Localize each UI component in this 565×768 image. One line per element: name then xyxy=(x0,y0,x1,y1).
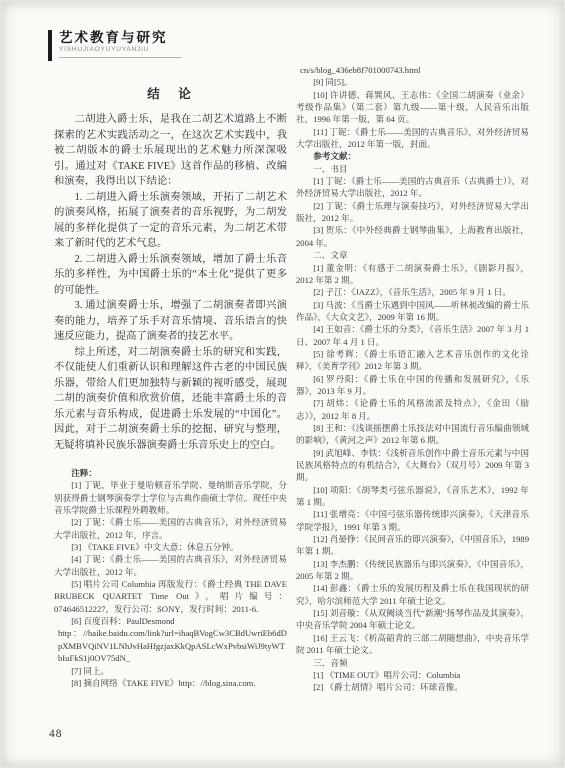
conclusion-paragraph: 综上所述，对二胡演奏爵士乐的研究和实践，不仅能使人们重新认识和理解这件古老的中国… xyxy=(54,345,287,454)
note-item: [9] 同[5]。 xyxy=(296,76,529,88)
reference-section-title: 三、音频 xyxy=(296,657,529,669)
reference-section-title: 一、书目 xyxy=(296,163,529,175)
reference-item: [1] 董金明：《有感于二胡演奏爵士乐》，《剧影月报》，2012 年第 2 期。 xyxy=(296,262,529,287)
conclusion-paragraph: 二胡进入爵士乐，是我在二胡艺术道路上不断探索的艺术实践活动之一，在这次艺术实践中… xyxy=(54,112,287,190)
reference-item: [13] 李杰鹏：《传统民族器乐与即兴演奏》，《中国音乐》，2005 年第 2 … xyxy=(296,558,529,583)
journal-page: 艺术教育与研究 YISHUJIAOYUYUYANJIU 结 论 二胡进入爵士乐，… xyxy=(2,2,563,766)
reference-item: [1] 《TIME OUT》唱片公司：Columbia xyxy=(296,669,529,681)
left-column: 结 论 二胡进入爵士乐，是我在二胡艺术道路上不断探索的艺术实践活动之一，在这次艺… xyxy=(54,64,287,694)
journal-title-block: 艺术教育与研究 YISHUJIAOYUYUYANJIU xyxy=(59,30,182,58)
reference-item: [2] 丁铌：《爵士乐理与演奏技巧》，对外经济贸易大学出版社，2012 年。 xyxy=(296,200,529,225)
reference-item: [7] 胡炜：《论爵士乐的风格流派及特点》，《金田（励志）》，2012 年 8 … xyxy=(296,397,529,422)
reference-item: [16] 王云飞：《析高韶青的三部二胡随想曲》，中央音乐学院 2011 年硕士论… xyxy=(296,632,529,657)
reference-item: [6] 罗丹阳：《爵士乐在中国的传播和发展研究》，《乐器》，2013 年 9 月… xyxy=(296,373,529,398)
note-item: [11] 丁铌：《爵士乐——美国的古典音乐》，对外经济贸易大学出版社，2012 … xyxy=(296,126,529,151)
two-column-body: 结 论 二胡进入爵士乐，是我在二胡艺术道路上不断探索的艺术实践活动之一，在这次艺… xyxy=(54,64,529,694)
reference-item: [3] 马波：《当爵士乐遇到中国风——听林昶改编的爵士乐作品》，《大众文艺》，2… xyxy=(296,299,529,324)
reference-item: [9] 武旭峰、李铁：《浅析音乐创作中爵士音乐元素与中国民族风格特点的有机结合》… xyxy=(296,447,529,484)
note-item: [10] 许讲德、蒋巽风、王志伟：《全国二胡演奏（业余）考级作品集》（第二套）第… xyxy=(296,89,529,126)
page-number: 48 xyxy=(49,728,63,740)
note-item: [1] 丁铌，毕业于曼哈顿音乐学院、曼纳斯音乐学院，分别获得爵士钢琴演奏学士学位… xyxy=(54,479,287,516)
header-accent-bar xyxy=(48,30,52,61)
journal-header: 艺术教育与研究 YISHUJIAOYUYUYANJIU xyxy=(48,30,182,61)
notes-section: 注释： [1] 丁铌，毕业于曼哈顿音乐学院、曼纳斯音乐学院，分别获得爵士钢琴演奏… xyxy=(54,467,287,689)
note-item: [6] 百度百科：PaulDesmond xyxy=(54,615,287,627)
note-item: [4] 丁铌：《爵士乐——美国的古典音乐》，对外经济贸易大学出版社，2012 年… xyxy=(54,553,287,578)
reference-item: [14] 彭鑫：《爵士乐的发展历程及爵士乐在我国现状的研究》，哈尔滨师范大学 2… xyxy=(296,582,529,607)
conclusion-paragraph: 3. 通过演奏爵士乐，增强了二胡演奏者即兴演奏的能力，培养了乐手对音乐情境、音乐… xyxy=(54,298,287,345)
note-item: [3] 《TAKE FIVE》中文大意：休息五分钟。 xyxy=(54,541,287,553)
note-item: [2] 丁铌：《爵士乐——美国的古典音乐》，对外经济贸易大学出版社，2012 年… xyxy=(54,516,287,541)
right-column: cn/s/blog_436eb8f701000743.html [9] 同[5]… xyxy=(296,64,529,694)
reference-item: [5] 徐考辉：《爵士乐语汇融入艺术音乐创作的文化诠释》，《美育学刊》2012 … xyxy=(296,348,529,373)
reference-item: [1] 丁铌：《爵士乐——美国的古典音乐（古典爵士）》，对外经济贸易大学出版社，… xyxy=(296,175,529,200)
reference-item: [8] 王和：《浅谈摇摆爵士乐技法对中国流行音乐编曲领域的影响》，《黄河之声》2… xyxy=(296,422,529,447)
reference-item: [4] 王如音：《爵士乐的分类》，《音乐生活》2007 年 3 月 1 日、20… xyxy=(296,323,529,348)
references-heading: 参考文献： xyxy=(296,150,529,162)
reference-item: [11] 张增亮：《中国弓弦乐器传统即兴演奏》，《天津音乐学院学报》，1991 … xyxy=(296,508,529,533)
conclusion-paragraph: 2. 二胡进入爵士乐演奏领域，增加了爵士乐音乐的多样性，为中国爵士乐的“本土化”… xyxy=(54,252,287,299)
reference-item: [12] 肖晏铮：《民间音乐的即兴演奏》，《中国音乐》，1989 年第 1 期。 xyxy=(296,533,529,558)
reference-item: [3] 贺乐：《中外经典爵士钢琴曲集》，上海教育出版社，2004 年。 xyxy=(296,224,529,249)
note-item: [7] 同上。 xyxy=(54,665,287,677)
reference-item: [10] 项阳：《胡琴类弓弦乐器说》，《音乐艺术》，1992 年第 1 期。 xyxy=(296,484,529,509)
reference-section-title: 二、文章 xyxy=(296,249,529,261)
notes-heading: 注释： xyxy=(54,467,287,479)
reference-item: [2] 《爵士胡情》唱片公司：环球音像。 xyxy=(296,681,529,693)
note-item: [5] 唱片公司 Columbia 再版发行：《爵士经典 THE DAVE BR… xyxy=(54,578,287,615)
journal-title-pinyin: YISHUJIAOYUYUYANJIU xyxy=(59,46,168,54)
conclusion-heading: 结 论 xyxy=(54,84,287,102)
url-carryover: cn/s/blog_436eb8f701000743.html xyxy=(296,64,529,76)
journal-title: 艺术教育与研究 xyxy=(59,30,168,45)
baidu-url: http：//baike.baidu.com/link?url=ihaqBVog… xyxy=(54,627,287,664)
note-item: [8] 摘自网络《TAKE FIVE》http：//blog.sina.com. xyxy=(54,677,287,689)
reference-item: [15] 刘音璇：《从双阙谈当代“新潮”扬琴作品及其演奏》，中央音乐学院 200… xyxy=(296,607,529,632)
reference-item: [2] 子江：《JAZZ》，《音乐生活》，2005 年 9 月 1 日。 xyxy=(296,286,529,298)
conclusion-paragraph: 1. 二胡进入爵士乐演奏领域，开拓了二胡艺术的演奏风格，拓展了演奏者的音乐视野，… xyxy=(54,190,287,252)
